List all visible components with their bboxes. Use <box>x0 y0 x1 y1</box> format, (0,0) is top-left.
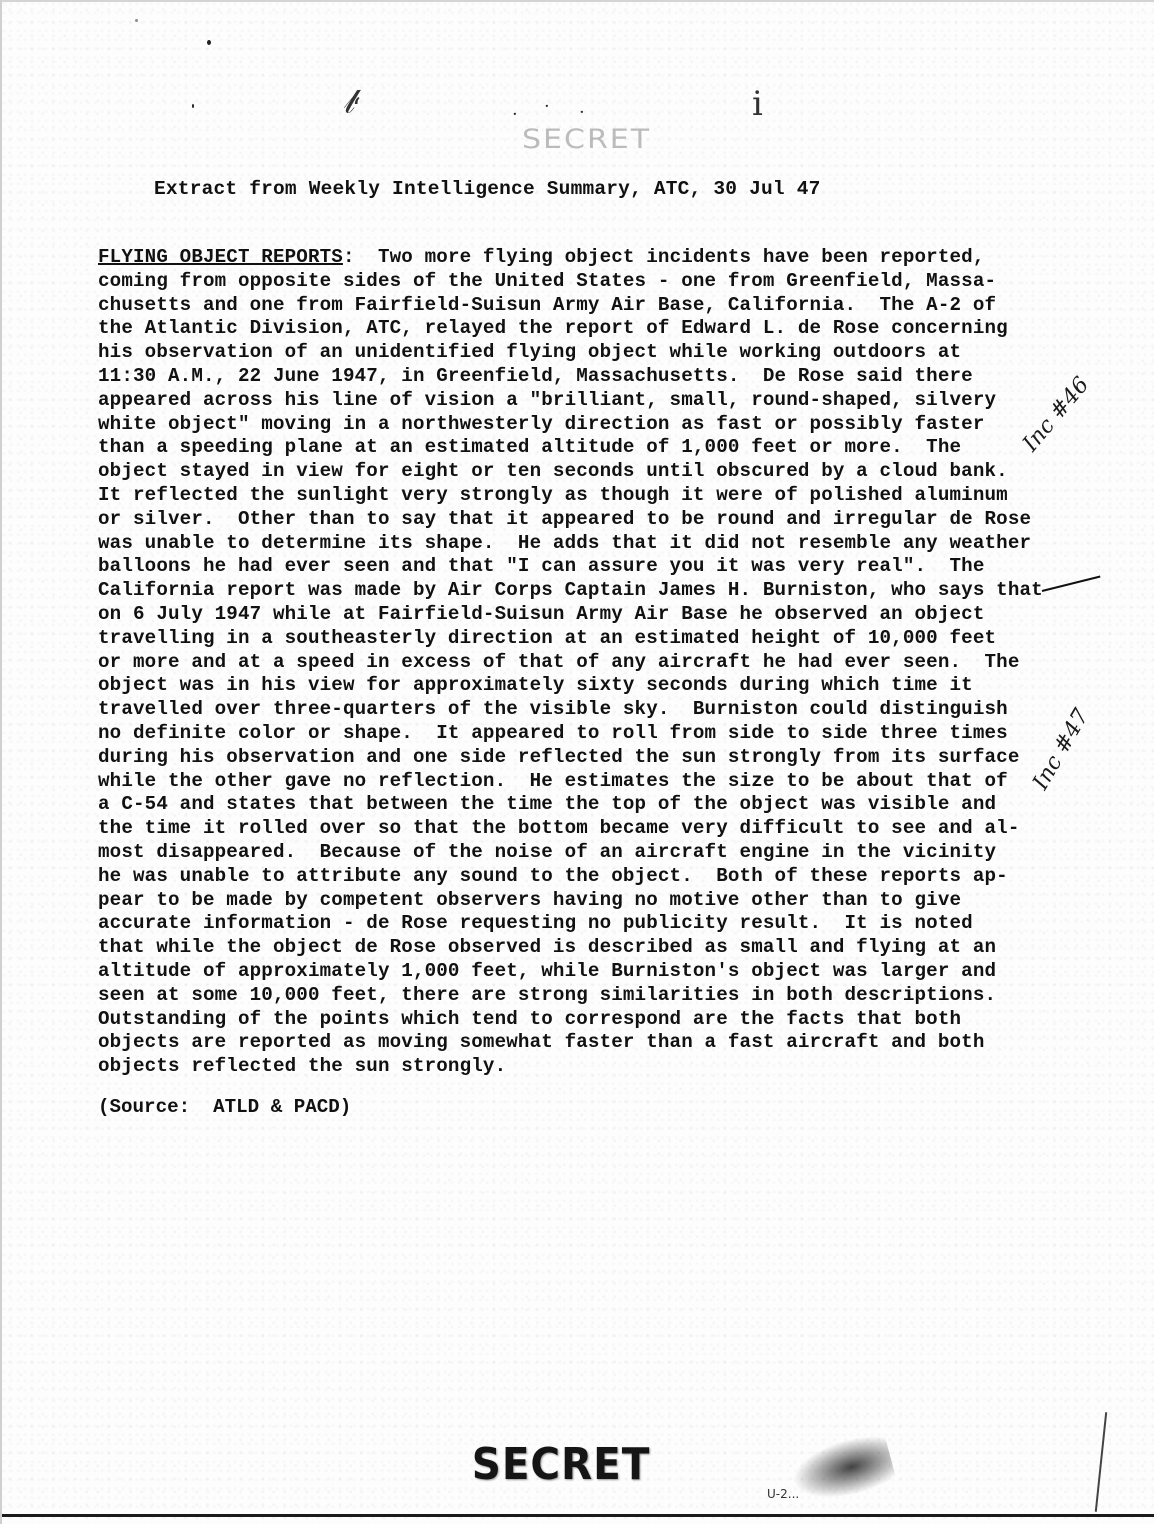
sources-line: (Source: ATLD & PACD) <box>98 1096 351 1118</box>
body-line: object was in his view for approximately… <box>98 674 1058 698</box>
smudged-mark: U-2... <box>767 1487 799 1501</box>
faint-mark: · <box>512 104 518 125</box>
scan-speck <box>192 104 194 108</box>
body-line: while the other gave no reflection. He e… <box>98 770 1058 794</box>
faint-mark: ‘ <box>352 92 361 125</box>
heading-colon: : <box>343 246 355 268</box>
body-line: objects reflected the sun strongly. <box>98 1055 1058 1079</box>
body-line: object stayed in view for eight or ten s… <box>98 460 1058 484</box>
body-line: travelled over three-quarters of the vis… <box>98 698 1058 722</box>
page-bottom-rule <box>2 1514 1154 1517</box>
body-line: balloons he had ever seen and that "I ca… <box>98 555 1058 579</box>
body-line: was unable to determine its shape. He ad… <box>98 532 1058 556</box>
body-line: It reflected the sunlight very strongly … <box>98 484 1058 508</box>
body-line: a C-54 and states that between the time … <box>98 793 1058 817</box>
body-line: Two more flying object incidents have be… <box>355 246 985 268</box>
ink-smudge <box>787 1430 898 1509</box>
faint-classification-stamp: SECRET <box>522 124 651 156</box>
scan-speck <box>207 40 211 45</box>
body-line: white object" moving in a northwesterly … <box>98 413 1058 437</box>
body-line: appeared across his line of vision a "br… <box>98 389 1058 413</box>
body-line: than a speeding plane at an estimated al… <box>98 436 1058 460</box>
body-line: objects are reported as moving somewhat … <box>98 1031 1058 1055</box>
body-line: seen at some 10,000 feet, there are stro… <box>98 984 1058 1008</box>
body-line: coming from opposite sides of the United… <box>98 270 1058 294</box>
document-body: FLYING OBJECT REPORTS: Two more flying o… <box>98 246 1058 1079</box>
body-line: chusetts and one from Fairfield-Suisun A… <box>98 294 1058 318</box>
scan-speck <box>135 19 138 22</box>
body-line: no definite color or shape. It appeared … <box>98 722 1058 746</box>
body-line: or silver. Other than to say that it app… <box>98 508 1058 532</box>
body-line: travelling in a southeasterly direction … <box>98 627 1058 651</box>
section-heading: FLYING OBJECT REPORTS <box>98 246 343 268</box>
body-line: California report was made by Air Corps … <box>98 579 1058 603</box>
page-edge-line <box>1095 1412 1107 1512</box>
classification-stamp: SECRET <box>472 1439 650 1490</box>
faint-mark: · <box>544 96 550 117</box>
body-line: during his observation and one side refl… <box>98 746 1058 770</box>
body-line: 11:30 A.M., 22 June 1947, in Greenfield,… <box>98 365 1058 389</box>
body-line: he was unable to attribute any sound to … <box>98 865 1058 889</box>
body-line: on 6 July 1947 while at Fairfield-Suisun… <box>98 603 1058 627</box>
body-first-line: FLYING OBJECT REPORTS: Two more flying o… <box>98 246 1058 270</box>
body-line: that while the object de Rose observed i… <box>98 936 1058 960</box>
body-line: most disappeared. Because of the noise o… <box>98 841 1058 865</box>
body-line: the Atlantic Division, ATC, relayed the … <box>98 317 1058 341</box>
body-line: his observation of an unidentified flyin… <box>98 341 1058 365</box>
body-line: accurate information - de Rose requestin… <box>98 912 1058 936</box>
document-title: Extract from Weekly Intelligence Summary… <box>154 178 821 200</box>
body-line: or more and at a speed in excess of that… <box>98 651 1058 675</box>
faint-mark: i <box>752 84 763 124</box>
body-line: Outstanding of the points which tend to … <box>98 1008 1058 1032</box>
body-line: the time it rolled over so that the bott… <box>98 817 1058 841</box>
scanned-document-page: 𝓁 ‘ · · · i SECRET Extract from Weekly I… <box>0 0 1154 1524</box>
body-line: altitude of approximately 1,000 feet, wh… <box>98 960 1058 984</box>
body-line: pear to be made by competent observers h… <box>98 889 1058 913</box>
faint-mark: · <box>579 102 585 123</box>
